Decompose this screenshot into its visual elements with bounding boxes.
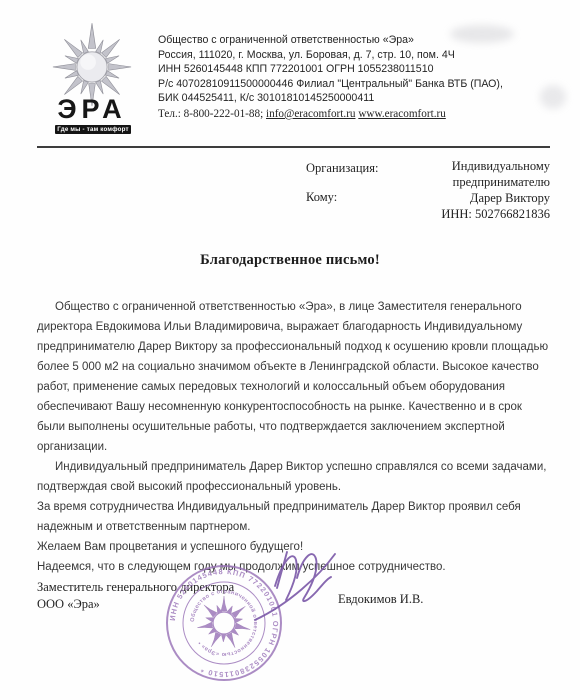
company-info: Общество с ограниченной ответственностью… [158,33,558,122]
company-name: Общество с ограниченной ответственностью… [158,33,558,48]
recipient-values: Индивидуальному предпринимателю Дарер Ви… [422,158,550,222]
letter-body: Общество с ограниченной ответственностью… [37,297,551,577]
company-bank-account: Р/с 40702810911500000446 Филиал "Централ… [158,77,558,92]
stamp-sun-icon [197,596,251,649]
paragraph: За время сотрудничества Индивидуальный п… [37,497,551,537]
paragraph: Общество с ограниченной ответственностью… [37,297,551,457]
company-contacts: Тел.: 8-800-222-01-88; info@eracomfort.r… [158,107,558,122]
company-bik: БИК 044525411, К/с 30101810145250000411 [158,91,558,106]
email-link[interactable]: info@eracomfort.ru [266,108,356,120]
recipient-to-value: Дарер Виктору [422,190,550,206]
recipient-org-label: Организация: [306,161,378,176]
company-inn-kpp-ogrn: ИНН 5260145448 КПП 772201001 ОГРН 105523… [158,62,558,77]
scanned-letter-page: ЭРА Где мы - там комфорт Общество с огра… [0,0,580,700]
recipient-block: Организация: Кому: Индивидуальному предп… [306,158,550,220]
brand-tagline: Где мы - там комфорт [55,125,131,134]
letterhead-divider [37,146,550,148]
brand-text: ЭРА [38,96,146,123]
recipient-to-label: Кому: [306,190,337,205]
company-address: Россия, 111020, г. Москва, ул. Боровая, … [158,48,558,63]
recipient-org-value: Индивидуальному предпринимателю [422,158,550,190]
company-logo: ЭРА Где мы - там комфорт [38,22,146,140]
recipient-inn: ИНН: 502766821836 [422,206,550,222]
signer-name: Евдокимов И.В. [338,592,423,607]
paragraph: Индивидуальный предприниматель Дарер Вик… [37,457,551,497]
website-link[interactable]: www.eracomfort.ru [358,108,446,120]
handwritten-signature [247,546,343,624]
phone-number: Тел.: 8-800-222-01-88; [158,108,263,120]
letter-title: Благодарственное письмо! [0,252,580,269]
